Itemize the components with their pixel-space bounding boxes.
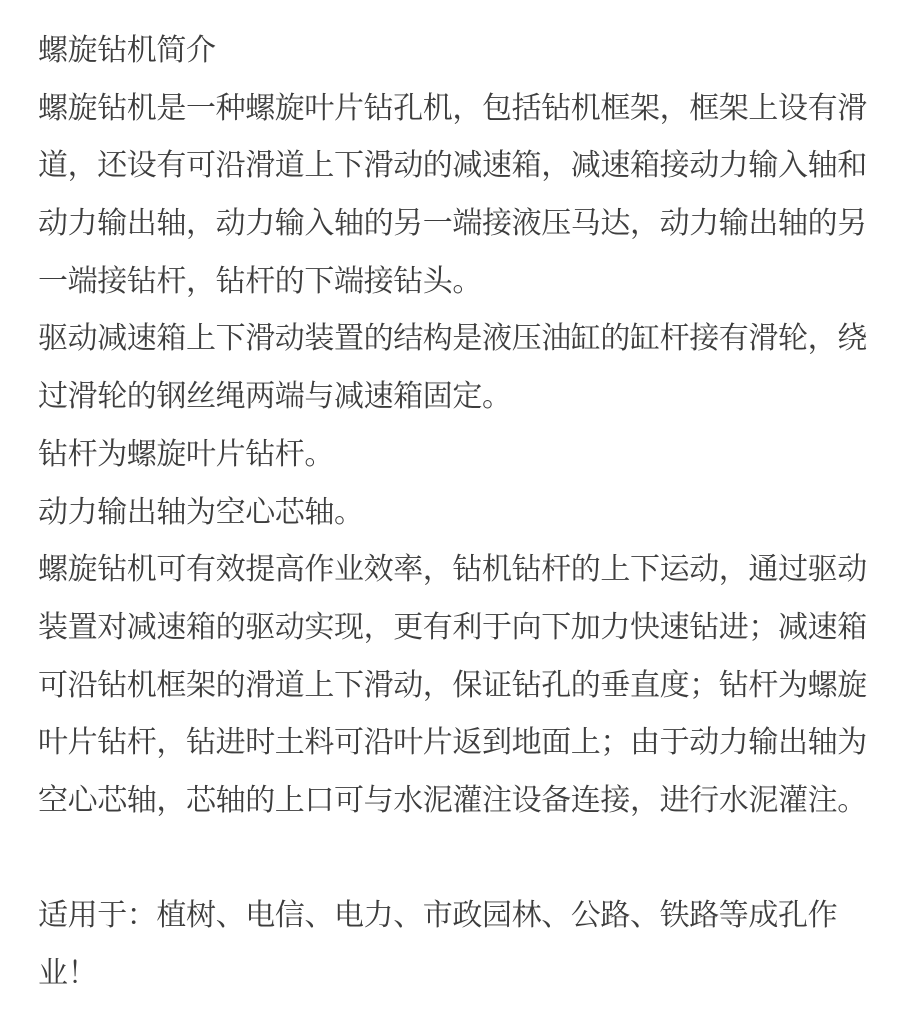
text-line: 道，还设有可沿滑道上下滑动的减速箱，减速箱接动力输入轴和 bbox=[38, 137, 880, 195]
text-line: 螺旋钻机是一种螺旋叶片钻孔机，包括钻机框架，框架上设有滑 bbox=[38, 80, 880, 138]
text-line: 钻杆为螺旋叶片钻杆。 bbox=[38, 426, 880, 484]
text-line: 空心芯轴，芯轴的上口可与水泥灌注设备连接，进行水泥灌注。 bbox=[38, 772, 880, 830]
text-line: 驱动减速箱上下滑动装置的结构是液压油缸的缸杆接有滑轮，绕 bbox=[38, 310, 880, 368]
text-line: 动力输出轴，动力输入轴的另一端接液压马达，动力输出轴的另 bbox=[38, 195, 880, 253]
text-line: 可沿钻机框架的滑道上下滑动，保证钻孔的垂直度；钻杆为螺旋 bbox=[38, 657, 880, 715]
text-line: 螺旋钻机可有效提高作业效率，钻机钻杆的上下运动，通过驱动 bbox=[38, 541, 880, 599]
text-line: 适用于：植树、电信、电力、市政园林、公路、铁路等成孔作 bbox=[38, 887, 880, 945]
text-line: 一端接钻杆，钻杆的下端接钻头。 bbox=[38, 253, 880, 311]
blank-line bbox=[38, 830, 880, 888]
text-line: 过滑轮的钢丝绳两端与减速箱固定。 bbox=[38, 368, 880, 426]
page-title: 螺旋钻机简介 bbox=[38, 22, 880, 80]
document-body: 螺旋钻机简介 螺旋钻机是一种螺旋叶片钻孔机，包括钻机框架，框架上设有滑 道，还设… bbox=[0, 0, 900, 1003]
text-line: 装置对减速箱的驱动实现，更有利于向下加力快速钻进；减速箱 bbox=[38, 599, 880, 657]
text-line: 动力输出轴为空心芯轴。 bbox=[38, 484, 880, 542]
text-line: 业！ bbox=[38, 945, 880, 1003]
text-line: 叶片钻杆，钻进时土料可沿叶片返到地面上；由于动力输出轴为 bbox=[38, 714, 880, 772]
